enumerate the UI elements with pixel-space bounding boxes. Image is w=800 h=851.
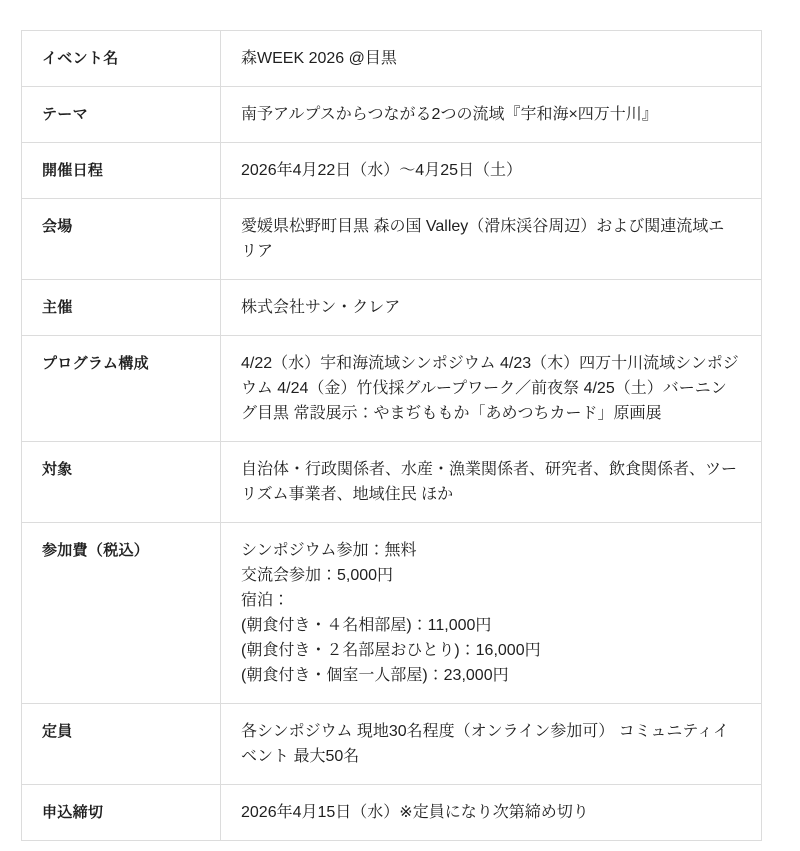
row-label-theme: テーマ <box>22 87 221 142</box>
row-label-dates: 開催日程 <box>22 143 221 198</box>
row-label-organizer: 主催 <box>22 280 221 335</box>
row-value-program: 4/22（水）宇和海流域シンポジウム 4/23（木）四万十川流域シンポジウム 4… <box>221 336 761 441</box>
row-label-deadline: 申込締切 <box>22 785 221 840</box>
row-label-venue: 会場 <box>22 199 221 279</box>
row-value-theme: 南予アルプスからつながる2つの流域『宇和海×四万十川』 <box>221 87 761 142</box>
table-row-dates: 開催日程 2026年4月22日（水）〜4月25日（土） <box>22 142 761 198</box>
table-row-program: プログラム構成 4/22（水）宇和海流域シンポジウム 4/23（木）四万十川流域… <box>22 335 761 441</box>
row-value-dates: 2026年4月22日（水）〜4月25日（土） <box>221 143 761 198</box>
row-value-fee: シンポジウム参加：無料 交流会参加：5,000円 宿泊： (朝食付き・４名相部屋… <box>221 523 761 703</box>
row-label-fee: 参加費（税込） <box>22 523 221 703</box>
row-value-audience: 自治体・行政関係者、水産・漁業関係者、研究者、飲食関係者、ツーリズム事業者、地域… <box>221 442 761 522</box>
table-row-event-name: イベント名 森WEEK 2026 @目黒 <box>22 31 761 86</box>
table-row-theme: テーマ 南予アルプスからつながる2つの流域『宇和海×四万十川』 <box>22 86 761 142</box>
row-value-organizer: 株式会社サン・クレア <box>221 280 761 335</box>
row-label-program: プログラム構成 <box>22 336 221 441</box>
row-value-venue: 愛媛県松野町目黒 森の国 Valley（滑床渓谷周辺）および関連流域エリア <box>221 199 761 279</box>
table-row-fee: 参加費（税込） シンポジウム参加：無料 交流会参加：5,000円 宿泊： (朝食… <box>22 522 761 703</box>
row-value-capacity: 各シンポジウム 現地30名程度（オンライン参加可） コミュニティイベント 最大5… <box>221 704 761 784</box>
table-row-capacity: 定員 各シンポジウム 現地30名程度（オンライン参加可） コミュニティイベント … <box>22 703 761 784</box>
row-value-event-name: 森WEEK 2026 @目黒 <box>221 31 761 86</box>
row-label-event-name: イベント名 <box>22 31 221 86</box>
table-row-venue: 会場 愛媛県松野町目黒 森の国 Valley（滑床渓谷周辺）および関連流域エリア <box>22 198 761 279</box>
table-row-audience: 対象 自治体・行政関係者、水産・漁業関係者、研究者、飲食関係者、ツーリズム事業者… <box>22 441 761 522</box>
table-row-organizer: 主催 株式会社サン・クレア <box>22 279 761 335</box>
row-value-deadline: 2026年4月15日（水）※定員になり次第締め切り <box>221 785 761 840</box>
event-info-table: イベント名 森WEEK 2026 @目黒 テーマ 南予アルプスからつながる2つの… <box>21 30 762 841</box>
row-label-audience: 対象 <box>22 442 221 522</box>
table-row-deadline: 申込締切 2026年4月15日（水）※定員になり次第締め切り <box>22 784 761 840</box>
row-label-capacity: 定員 <box>22 704 221 784</box>
